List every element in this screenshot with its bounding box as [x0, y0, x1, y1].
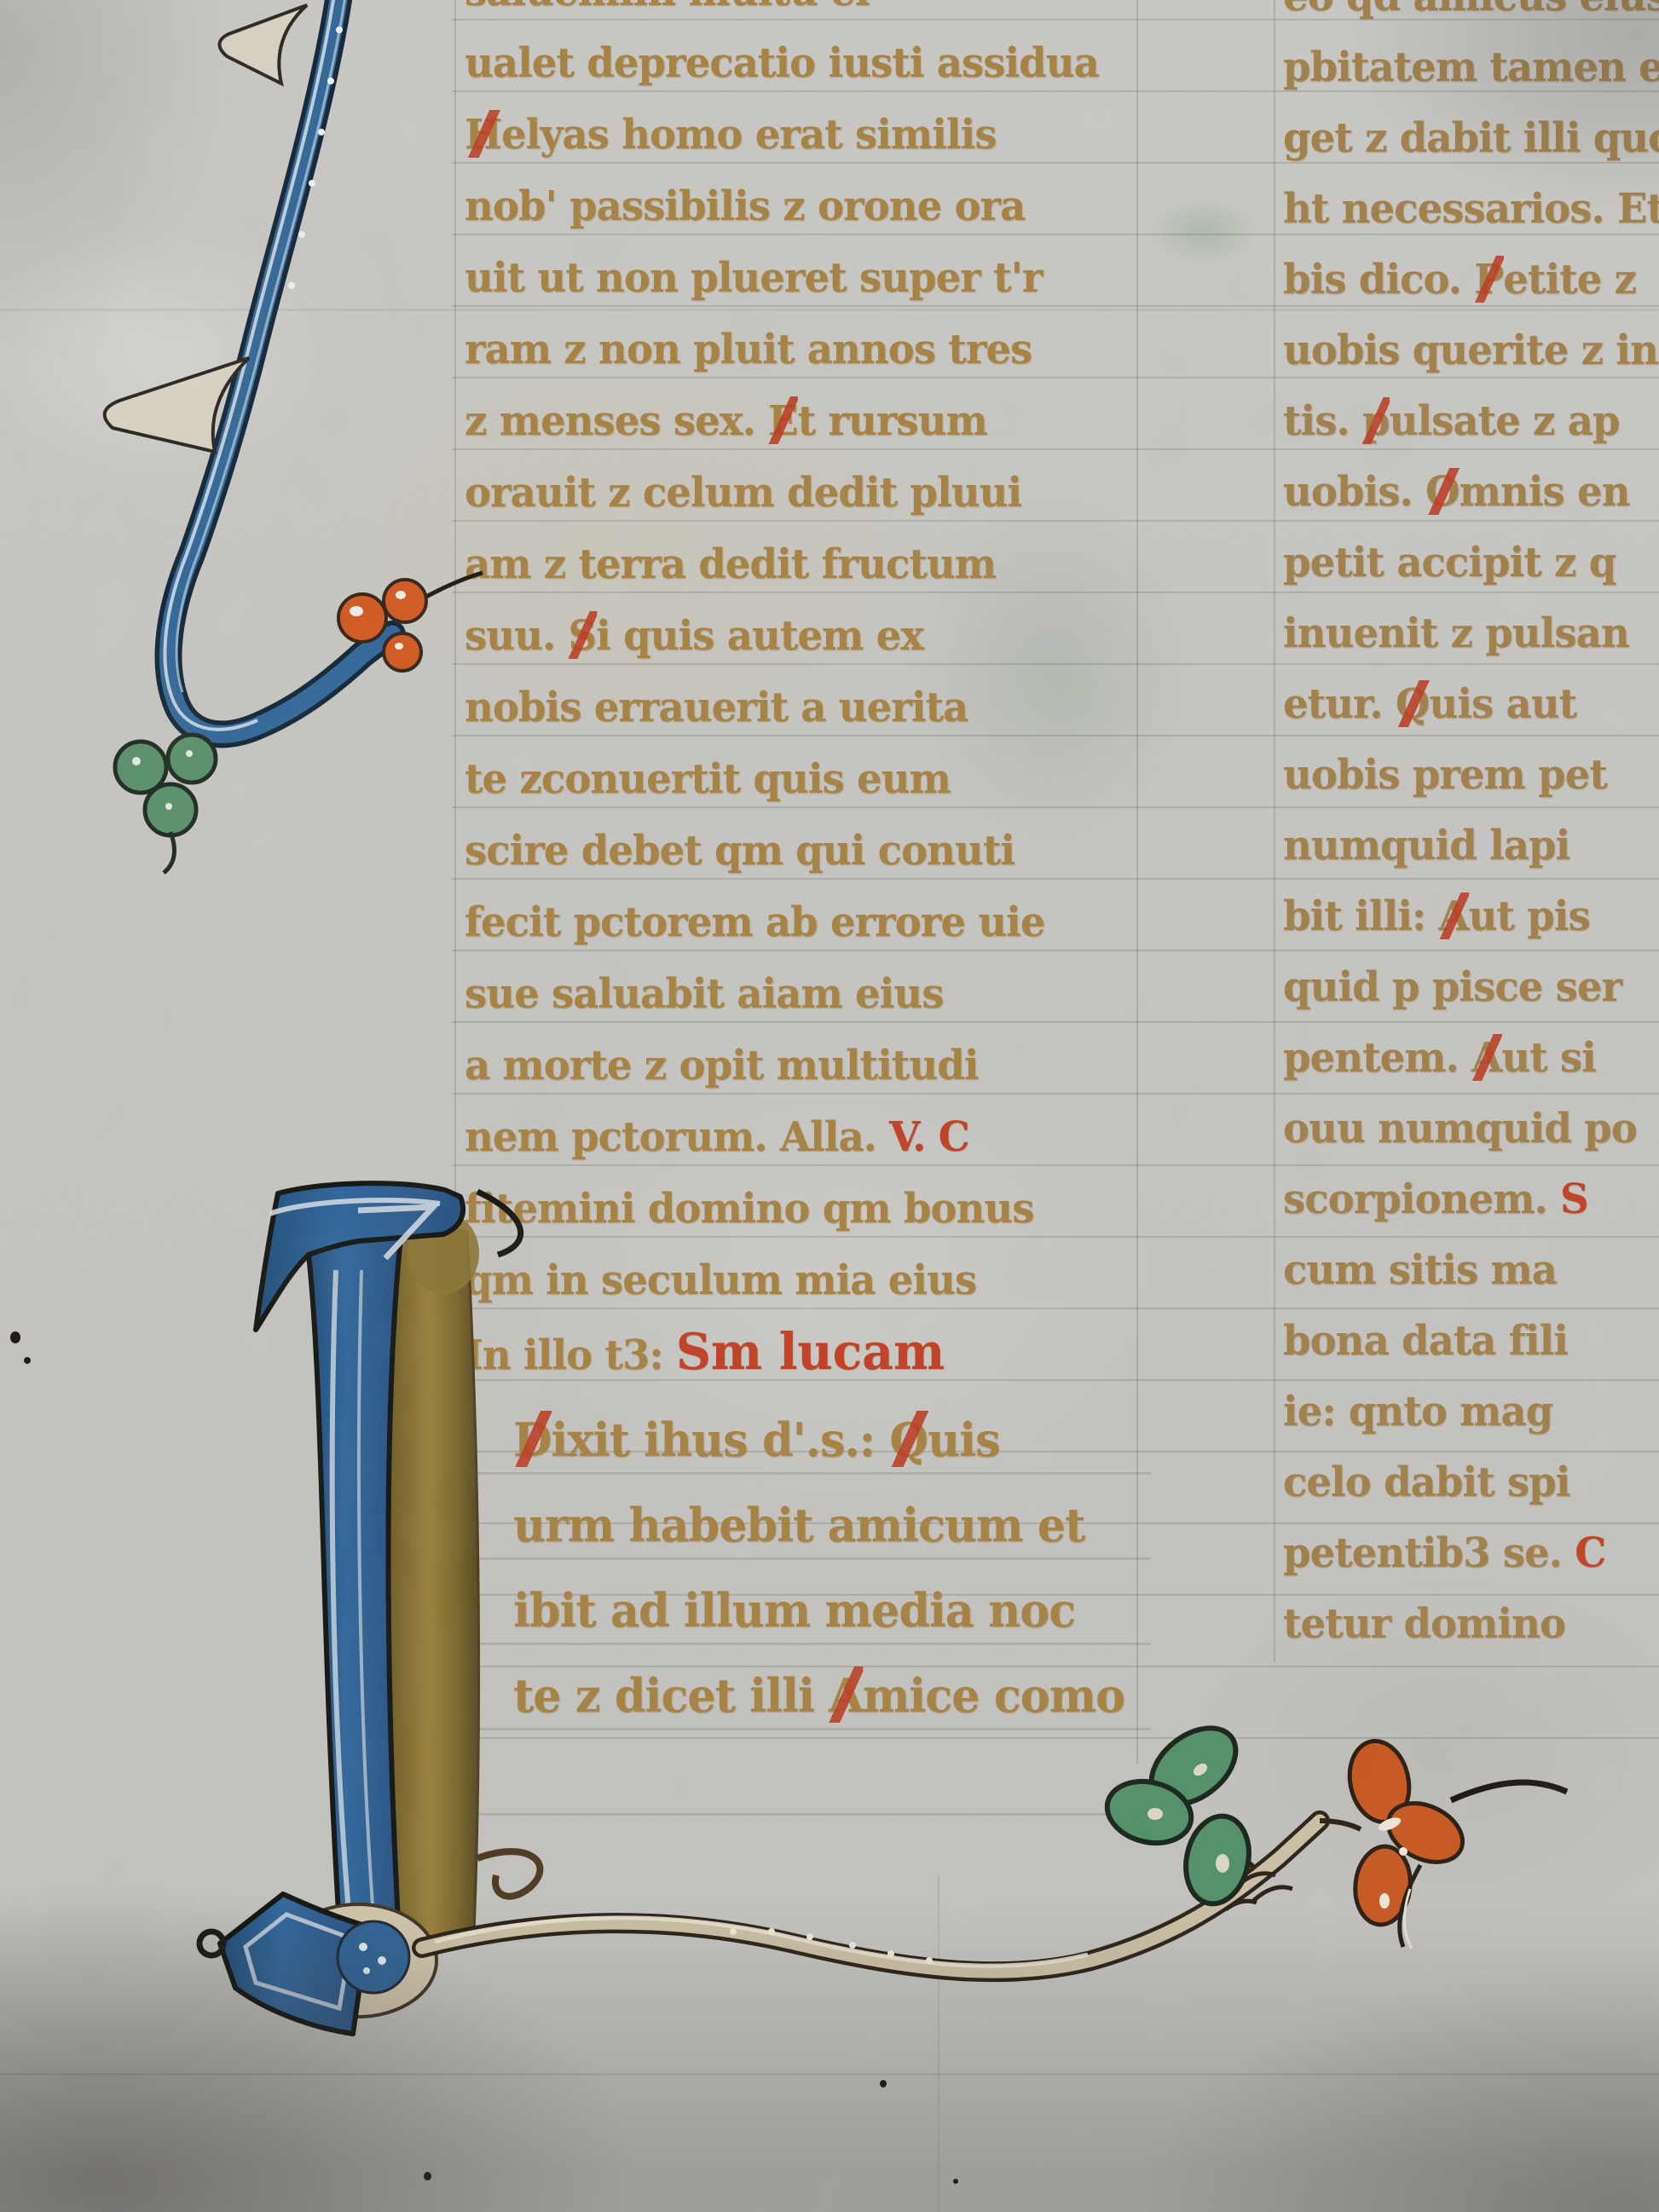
text-line: fitemini domino qm bonus [465, 1173, 1099, 1245]
crease-line [938, 1875, 939, 2212]
body-text: uobis prem pet [1283, 751, 1607, 799]
text-line: ualet deprecatio iusti assidua [465, 27, 1099, 99]
body-text: P [1474, 245, 1503, 315]
body-text: uis [928, 1412, 1000, 1467]
body-text: S [568, 600, 596, 672]
body-text: tis. [1283, 397, 1362, 445]
body-text: ram z non pluit annos tres [465, 326, 1032, 373]
text-line: te zconuertit quis eum [465, 743, 1099, 815]
body-text: eo qd amicus eius sit [1283, 0, 1659, 20]
text-line: eo qd amicus eius sit [1283, 0, 1659, 32]
body-text: O [1425, 457, 1460, 528]
text-line: inuenit z pulsan [1283, 598, 1659, 669]
body-text: fecit pctorem ab errore uie [465, 898, 1045, 946]
ink-speck [953, 2179, 958, 2184]
body-text: t rursum [798, 397, 987, 445]
text-line: uobis querite z in [1283, 315, 1659, 386]
body-text: celo dabit spi [1283, 1458, 1569, 1506]
text-line: nobis errauerit a uerita [465, 672, 1099, 743]
text-line: am z terra dedit fructum [465, 528, 1099, 600]
body-text: nem pctorum. Alla. [465, 1113, 889, 1161]
body-text: nob' passibilis z orone ora [465, 182, 1025, 230]
text-line: ibit ad illum media noc [513, 1568, 1124, 1653]
vertical-rule [454, 0, 456, 1790]
body-text: z menses sex. [465, 397, 768, 445]
ink-speck [424, 2172, 431, 2180]
body-text: orauit z celum dedit pluui [465, 469, 1021, 517]
body-text: bis dico. [1283, 256, 1474, 303]
text-line: In illo t3: Sm lucam [465, 1316, 1099, 1391]
text-line: Helyas homo erat similis [465, 99, 1099, 170]
body-text: bit illi: [1283, 892, 1438, 940]
right-text-column: eo qd amicus eius sitpbitatem tamen eige… [1283, 0, 1659, 1660]
ink-speck [24, 1357, 31, 1364]
text-line: petit accipit z q [1283, 528, 1659, 598]
body-text: mice como [863, 1668, 1124, 1723]
body-text: uobis. [1283, 468, 1425, 516]
body-text: saluemini multu ei [465, 0, 869, 15]
body-text: ulsate z ap [1390, 397, 1620, 445]
body-text: te z dicet illi [513, 1668, 829, 1723]
body-text: A [829, 1653, 863, 1738]
rubric-text: Sm lucam [676, 1322, 945, 1381]
body-text: sue saluabit aiam eius [465, 970, 943, 1018]
body-text: te zconuertit quis eum [465, 755, 951, 803]
body-text: ouu numquid po [1283, 1105, 1637, 1152]
crease-line [0, 2073, 1659, 2076]
text-line: uobis. Omnis en [1283, 457, 1659, 528]
text-line: z menses sex. Et rursum [465, 385, 1099, 457]
text-line: quid p pisce ser [1283, 952, 1659, 1023]
body-text: nobis errauerit a uerita [465, 684, 968, 731]
text-line: petentib3 se. C [1283, 1518, 1659, 1589]
body-text: pbitatem tamen ei [1283, 43, 1659, 91]
body-text: fitemini domino qm bonus [465, 1185, 1034, 1233]
main-text-column-gospel: Dixit ihus d'.s.: Quisurm habebit amicum… [513, 1397, 1143, 1738]
text-line: orauit z celum dedit pluui [465, 457, 1099, 528]
text-line: uit ut non plueret super t'r [465, 242, 1099, 314]
body-text: urm habebit amicum et [513, 1498, 1084, 1552]
text-line: urm habebit amicum et [513, 1482, 1124, 1568]
text-line: bis dico. Petite z [1283, 245, 1659, 315]
body-text: Q [889, 1397, 928, 1482]
text-line: celo dabit spi [1283, 1447, 1659, 1518]
body-text: uit ut non plueret super t'r [465, 254, 1042, 302]
rubric-text: V. C [889, 1113, 969, 1161]
main-text-column-epistle: saluemini multu eiualet deprecatio iusti… [465, 0, 1119, 1391]
text-line: Dixit ihus d'.s.: Quis [513, 1397, 1124, 1482]
body-text: petentib3 se. [1283, 1529, 1575, 1577]
body-text: ibit ad illum media noc [513, 1583, 1075, 1637]
body-text: elyas homo erat similis [501, 111, 997, 159]
body-text: a morte z opit multitudi [465, 1042, 979, 1089]
text-line: ram z non pluit annos tres [465, 314, 1099, 385]
body-text: bona data fili [1283, 1317, 1568, 1365]
rubric-text: S [1560, 1175, 1588, 1223]
text-line: pentem. Aut si [1283, 1023, 1659, 1094]
body-text: etite z [1503, 256, 1636, 303]
body-text: D [513, 1397, 551, 1482]
body-text: ut pis [1469, 892, 1590, 940]
body-text: cum sitis ma [1283, 1246, 1557, 1294]
body-text: mnis en [1460, 468, 1630, 516]
body-text: H [465, 99, 501, 170]
body-text: uis aut [1429, 680, 1576, 728]
text-line: uobis prem pet [1283, 740, 1659, 811]
body-text: E [768, 385, 798, 457]
body-text: i quis autem ex [596, 612, 923, 660]
text-line: nem pctorum. Alla. V. C [465, 1101, 1099, 1173]
text-line: ie: qnto mag [1283, 1377, 1659, 1447]
body-text: inuenit z pulsan [1283, 609, 1629, 657]
ink-speck [10, 1331, 20, 1343]
body-text: scire debet qm qui conuti [465, 827, 1014, 875]
body-text: qm in seculum mia eius [465, 1256, 976, 1304]
body-text: ixit ihus d'.s.: [551, 1412, 889, 1467]
body-text: ie: qnto mag [1283, 1388, 1552, 1435]
body-text: A [1438, 881, 1468, 952]
text-line: bona data fili [1283, 1306, 1659, 1377]
body-text: pentem. [1283, 1034, 1471, 1082]
text-line: fecit pctorem ab errore uie [465, 887, 1099, 958]
text-line: qm in seculum mia eius [465, 1245, 1099, 1316]
body-text: suu. [465, 612, 568, 660]
body-text: get z dabit illi quot [1283, 114, 1659, 162]
body-text: petit accipit z q [1283, 539, 1616, 586]
text-line: ouu numquid po [1283, 1094, 1659, 1164]
body-text: In illo t3: [465, 1331, 676, 1379]
text-line: ht necessarios. Et [1283, 174, 1659, 245]
text-line: a morte z opit multitudi [465, 1030, 1099, 1101]
text-line: numquid lapi [1283, 811, 1659, 881]
text-line: pbitatem tamen ei [1283, 32, 1659, 103]
body-text: quid p pisce ser [1283, 963, 1621, 1011]
body-text: Q [1396, 669, 1430, 740]
body-text: am z terra dedit fructum [465, 540, 996, 588]
text-line: suu. Si quis autem ex [465, 600, 1099, 672]
text-line: tis. pulsate z ap [1283, 386, 1659, 457]
body-text: ualet deprecatio iusti assidua [465, 39, 1099, 87]
text-line: te z dicet illi Amice como [513, 1653, 1124, 1738]
body-text: uobis querite z in [1283, 326, 1658, 374]
text-line: bit illi: Aut pis [1283, 881, 1659, 952]
body-text: numquid lapi [1283, 822, 1569, 869]
text-line: sue saluabit aiam eius [465, 958, 1099, 1030]
rubric-text: C [1575, 1529, 1605, 1577]
text-line: saluemini multu ei [465, 0, 1099, 27]
body-text: p [1362, 386, 1390, 457]
ink-speck [880, 2080, 887, 2088]
text-line: cum sitis ma [1283, 1235, 1659, 1306]
body-text: etur. [1283, 680, 1396, 728]
body-text: A [1471, 1023, 1501, 1094]
body-text: scorpionem. [1283, 1175, 1560, 1223]
body-text: ut si [1501, 1034, 1596, 1082]
text-line: etur. Quis aut [1283, 669, 1659, 740]
text-line: tetur domino [1283, 1589, 1659, 1660]
vertical-rule [1274, 0, 1275, 1662]
text-line: scorpionem. S [1283, 1164, 1659, 1235]
body-text: tetur domino [1283, 1600, 1565, 1648]
text-line: nob' passibilis z orone ora [465, 170, 1099, 242]
text-line: scire debet qm qui conuti [465, 815, 1099, 887]
body-text: ht necessarios. Et [1283, 185, 1659, 233]
text-line: get z dabit illi quot [1283, 103, 1659, 174]
